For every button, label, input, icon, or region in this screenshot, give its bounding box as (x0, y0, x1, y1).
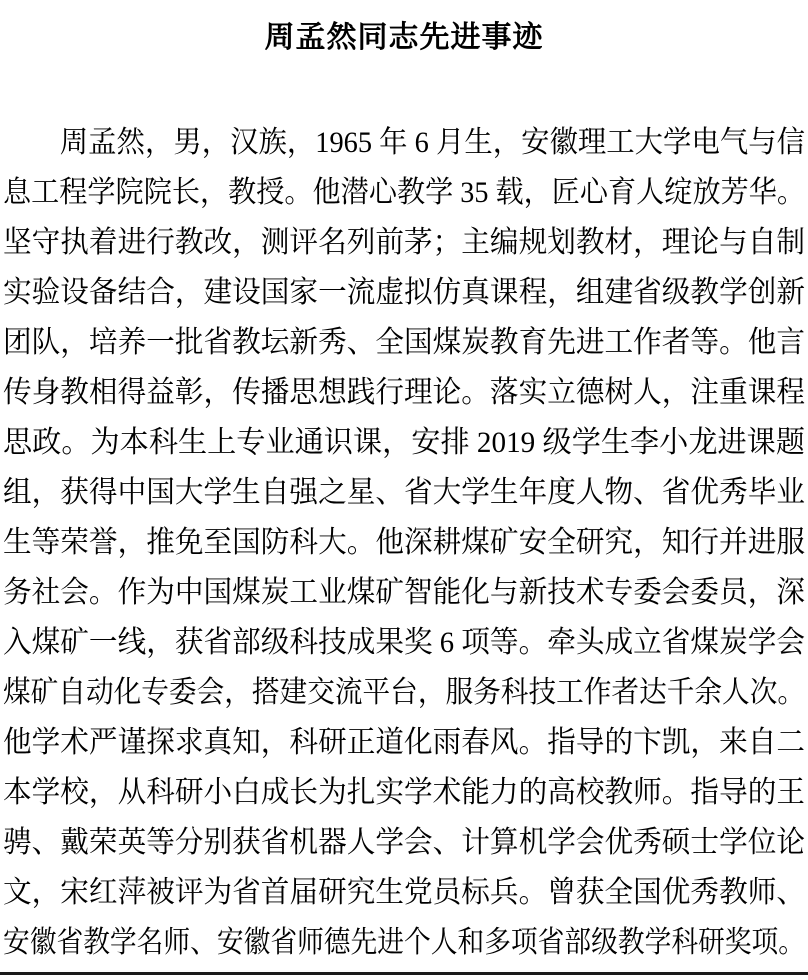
body-line-text: 生等荣誉，推免至国防科大。他深耕煤矿安全研究，知行并进服 (3, 518, 805, 568)
body-line-text: 务社会。作为中国煤炭工业煤矿智能化与新技术专委会委员，深 (3, 568, 805, 618)
body-line-text: 传身教相得益彰，传播思想践行理论。落实立德树人，注重课程 (3, 368, 805, 418)
document-body: 周孟然，男，汉族，1965 年 6 月生，安徽理工大学电气与信 息工程学院院长，… (0, 118, 808, 968)
document-title: 周孟然同志先进事迹 (0, 20, 808, 56)
body-line: 组，获得中国大学生自强之星、省大学生年度人物、省优秀毕业 (3, 468, 805, 518)
body-line: 团队，培养一批省教坛新秀、全国煤炭教育先进工作者等。他言 (3, 318, 805, 368)
body-line-text: 实验设备结合，建设国家一流虚拟仿真课程，组建省级教学创新 (3, 268, 805, 318)
body-line-text: 思政。为本科生上专业通识课，安排 2019 级学生李小龙进课题 (3, 418, 805, 468)
body-line: 本学校，从科研小白成长为扎实学术能力的高校教师。指导的王 (3, 768, 805, 818)
body-line: 实验设备结合，建设国家一流虚拟仿真课程，组建省级教学创新 (3, 268, 805, 318)
body-line: 思政。为本科生上专业通识课，安排 2019 级学生李小龙进课题 (3, 418, 805, 468)
bottom-divider (0, 972, 808, 975)
body-line-text: 周孟然，男，汉族，1965 年 6 月生，安徽理工大学电气与信 (3, 118, 805, 168)
body-line: 坚守执着进行教改，测评名列前茅；主编规划教材，理论与自制 (3, 218, 805, 268)
body-line: 传身教相得益彰，传播思想践行理论。落实立德树人，注重课程 (3, 368, 805, 418)
body-line-text: 安徽省教学名师、安徽省师德先进个人和多项省部级教学科研奖项。 (3, 918, 805, 968)
body-line: 他学术严谨探求真知，科研正道化雨春风。指导的卞凯，来自二 (3, 718, 805, 768)
body-line: 息工程学院院长，教授。他潜心教学 35 载，匠心育人绽放芳华。 (3, 168, 805, 218)
body-line-text: 团队，培养一批省教坛新秀、全国煤炭教育先进工作者等。他言 (3, 318, 805, 368)
document-page: 周孟然同志先进事迹 周孟然，男，汉族，1965 年 6 月生，安徽理工大学电气与… (0, 0, 808, 980)
body-line: 安徽省教学名师、安徽省师德先进个人和多项省部级教学科研奖项。 (3, 918, 805, 968)
body-line: 煤矿自动化专委会，搭建交流平台，服务科技工作者达千余人次。 (3, 668, 805, 718)
body-line-text: 他学术严谨探求真知，科研正道化雨春风。指导的卞凯，来自二 (3, 718, 805, 768)
body-line: 骋、戴荣英等分别获省机器人学会、计算机学会优秀硕士学位论 (3, 818, 805, 868)
body-line-text: 坚守执着进行教改，测评名列前茅；主编规划教材，理论与自制 (3, 218, 805, 268)
body-line: 生等荣誉，推免至国防科大。他深耕煤矿安全研究，知行并进服 (3, 518, 805, 568)
body-line: 入煤矿一线，获省部级科技成果奖 6 项等。牵头成立省煤炭学会 (3, 618, 805, 668)
body-line-text: 煤矿自动化专委会，搭建交流平台，服务科技工作者达千余人次。 (3, 668, 805, 718)
body-line-text: 本学校，从科研小白成长为扎实学术能力的高校教师。指导的王 (3, 768, 805, 818)
body-line: 周孟然，男，汉族，1965 年 6 月生，安徽理工大学电气与信 (3, 118, 805, 168)
body-line: 务社会。作为中国煤炭工业煤矿智能化与新技术专委会委员，深 (3, 568, 805, 618)
body-line-text: 息工程学院院长，教授。他潜心教学 35 载，匠心育人绽放芳华。 (3, 168, 805, 218)
body-line-text: 文，宋红萍被评为省首届研究生党员标兵。曾获全国优秀教师、 (3, 868, 805, 918)
body-line: 文，宋红萍被评为省首届研究生党员标兵。曾获全国优秀教师、 (3, 868, 805, 918)
body-line-text: 入煤矿一线，获省部级科技成果奖 6 项等。牵头成立省煤炭学会 (3, 618, 805, 668)
body-line-text: 组，获得中国大学生自强之星、省大学生年度人物、省优秀毕业 (3, 468, 805, 518)
body-line-text: 骋、戴荣英等分别获省机器人学会、计算机学会优秀硕士学位论 (3, 818, 805, 868)
